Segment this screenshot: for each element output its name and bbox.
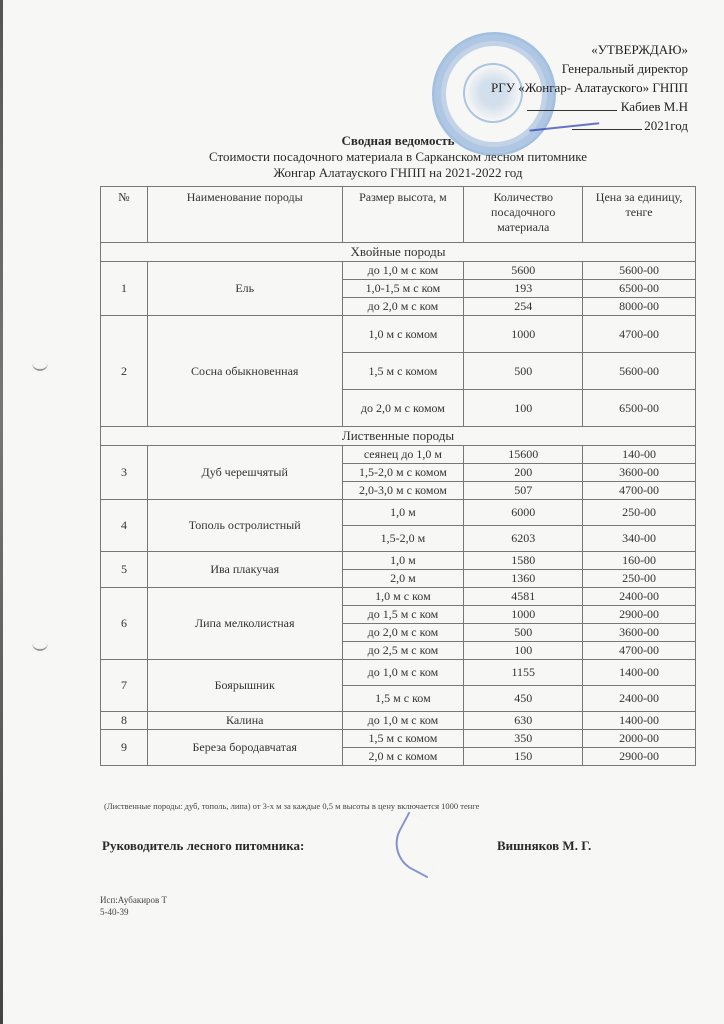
quantity-cell: 450 [464, 686, 583, 712]
header-species: Наименование породы [147, 187, 342, 243]
quantity-cell: 5600 [464, 262, 583, 280]
price-cell: 1400-00 [583, 712, 696, 730]
size-cell: 1,0-1,5 м с ком [342, 280, 464, 298]
table-row: 6Липа мелколистная1,0 м с ком45812400-00 [101, 588, 696, 606]
price-table: № Наименование породы Размер высота, м К… [100, 186, 696, 766]
size-cell: до 2,5 м с ком [342, 642, 464, 660]
quantity-cell: 350 [464, 730, 583, 748]
table-row: 7Боярышникдо 1,0 м с ком11551400-00 [101, 660, 696, 686]
size-cell: 1,0 м [342, 500, 464, 526]
species-number: 8 [101, 712, 148, 730]
executor-name: Исп:Аубакиров Т [100, 894, 167, 906]
size-cell: 1,5-2,0 м [342, 526, 464, 552]
price-cell: 4700-00 [583, 482, 696, 500]
quantity-cell: 500 [464, 353, 583, 390]
approval-position: Генеральный директор [491, 59, 688, 78]
section-label: Лиственные породы [101, 427, 696, 446]
size-cell: сеянец до 1,0 м [342, 446, 464, 464]
size-cell: 1,5 м с комом [342, 353, 464, 390]
size-cell: до 1,0 м с ком [342, 660, 464, 686]
document-title: Сводная ведомость Стоимости посадочного … [100, 132, 696, 181]
price-cell: 6500-00 [583, 280, 696, 298]
species-name: Калина [147, 712, 342, 730]
species-number: 9 [101, 730, 148, 766]
signer-name: Вишняков М. Г. [497, 838, 591, 854]
scan-edge [0, 0, 3, 1024]
price-cell: 2400-00 [583, 686, 696, 712]
size-cell: 1,5 м с комом [342, 730, 464, 748]
species-name: Ива плакучая [147, 552, 342, 588]
species-number: 6 [101, 588, 148, 660]
price-cell: 250-00 [583, 570, 696, 588]
size-cell: до 1,0 м с ком [342, 712, 464, 730]
signer-role: Руководитель лесного питомника: [102, 838, 304, 854]
table-row: 1Ельдо 1,0 м с ком56005600-00 [101, 262, 696, 280]
quantity-cell: 630 [464, 712, 583, 730]
size-cell: 2,0-3,0 м с комом [342, 482, 464, 500]
section-label: Хвойные породы [101, 243, 696, 262]
price-cell: 2900-00 [583, 748, 696, 766]
size-cell: до 2,0 м с ком [342, 298, 464, 316]
executor-block: Исп:Аубакиров Т 5-40-39 [100, 894, 167, 918]
quantity-cell: 1580 [464, 552, 583, 570]
size-cell: 1,0 м с ком [342, 588, 464, 606]
title-line-1: Сводная ведомость [100, 132, 696, 149]
table-row: 2Сосна обыкновенная1,0 м с комом10004700… [101, 316, 696, 353]
price-cell: 4700-00 [583, 316, 696, 353]
quantity-cell: 1000 [464, 316, 583, 353]
price-cell: 340-00 [583, 526, 696, 552]
price-cell: 2400-00 [583, 588, 696, 606]
species-number: 3 [101, 446, 148, 500]
header-no: № [101, 187, 148, 243]
table-row: 4Тополь остролистный1,0 м6000250-00 [101, 500, 696, 526]
species-name: Боярышник [147, 660, 342, 712]
table-row: 3Дуб черешчятыйсеянец до 1,0 м15600140-0… [101, 446, 696, 464]
size-cell: до 2,0 м с комом [342, 390, 464, 427]
approval-heading: «УТВЕРЖДАЮ» [491, 40, 688, 59]
price-cell: 8000-00 [583, 298, 696, 316]
approval-organization: РГУ «Жонгар- Алатауского» ГНПП [491, 78, 688, 97]
price-cell: 3600-00 [583, 464, 696, 482]
size-cell: до 2,0 м с ком [342, 624, 464, 642]
size-cell: 1,5 м с ком [342, 686, 464, 712]
price-cell: 6500-00 [583, 390, 696, 427]
date-blank [572, 129, 642, 130]
quantity-cell: 4581 [464, 588, 583, 606]
size-cell: 1,0 м [342, 552, 464, 570]
punch-hole-mark [32, 360, 48, 371]
price-cell: 2000-00 [583, 730, 696, 748]
species-name: Сосна обыкновенная [147, 316, 342, 427]
quantity-cell: 193 [464, 280, 583, 298]
species-name: Тополь остролистный [147, 500, 342, 552]
table-row: 8Калинадо 1,0 м с ком6301400-00 [101, 712, 696, 730]
quantity-cell: 150 [464, 748, 583, 766]
quantity-cell: 507 [464, 482, 583, 500]
species-name: Береза бородавчатая [147, 730, 342, 766]
quantity-cell: 1360 [464, 570, 583, 588]
price-cell: 5600-00 [583, 353, 696, 390]
size-cell: до 1,5 м с ком [342, 606, 464, 624]
price-cell: 4700-00 [583, 642, 696, 660]
price-cell: 5600-00 [583, 262, 696, 280]
quantity-cell: 1000 [464, 606, 583, 624]
header-price: Цена за единицу, тенге [583, 187, 696, 243]
size-cell: 1,5-2,0 м с комом [342, 464, 464, 482]
price-cell: 250-00 [583, 500, 696, 526]
approval-signatory: Кабиев М.Н [621, 99, 688, 114]
punch-hole-mark [32, 640, 48, 651]
price-cell: 140-00 [583, 446, 696, 464]
table-row: 5Ива плакучая1,0 м1580160-00 [101, 552, 696, 570]
approval-year: 2021год [644, 118, 688, 133]
size-cell: 2,0 м [342, 570, 464, 588]
price-cell: 3600-00 [583, 624, 696, 642]
pricing-note: (Лиственные породы: дуб, тополь, липа) о… [104, 801, 479, 811]
section-row: Хвойные породы [101, 243, 696, 262]
quantity-cell: 15600 [464, 446, 583, 464]
section-row: Лиственные породы [101, 427, 696, 446]
quantity-cell: 500 [464, 624, 583, 642]
price-cell: 2900-00 [583, 606, 696, 624]
species-number: 5 [101, 552, 148, 588]
quantity-cell: 100 [464, 642, 583, 660]
quantity-cell: 254 [464, 298, 583, 316]
species-name: Липа мелколистная [147, 588, 342, 660]
species-name: Ель [147, 262, 342, 316]
species-name: Дуб черешчятый [147, 446, 342, 500]
quantity-cell: 1155 [464, 660, 583, 686]
executor-phone: 5-40-39 [100, 906, 167, 918]
size-cell: 1,0 м с комом [342, 316, 464, 353]
species-number: 1 [101, 262, 148, 316]
title-line-2: Стоимости посадочного материала в Саркан… [100, 149, 696, 165]
quantity-cell: 6000 [464, 500, 583, 526]
size-cell: 2,0 м с комом [342, 748, 464, 766]
species-number: 2 [101, 316, 148, 427]
species-number: 7 [101, 660, 148, 712]
header-size: Размер высота, м [342, 187, 464, 243]
quantity-cell: 100 [464, 390, 583, 427]
table-header-row: № Наименование породы Размер высота, м К… [101, 187, 696, 243]
price-cell: 160-00 [583, 552, 696, 570]
manager-signature [385, 812, 451, 879]
species-number: 4 [101, 500, 148, 552]
price-cell: 1400-00 [583, 660, 696, 686]
size-cell: до 1,0 м с ком [342, 262, 464, 280]
quantity-cell: 200 [464, 464, 583, 482]
header-quantity: Количество посадочного материала [464, 187, 583, 243]
quantity-cell: 6203 [464, 526, 583, 552]
table-row: 9Береза бородавчатая1,5 м с комом3502000… [101, 730, 696, 748]
title-line-3: Жонгар Алатауского ГНПП на 2021-2022 год [100, 165, 696, 181]
